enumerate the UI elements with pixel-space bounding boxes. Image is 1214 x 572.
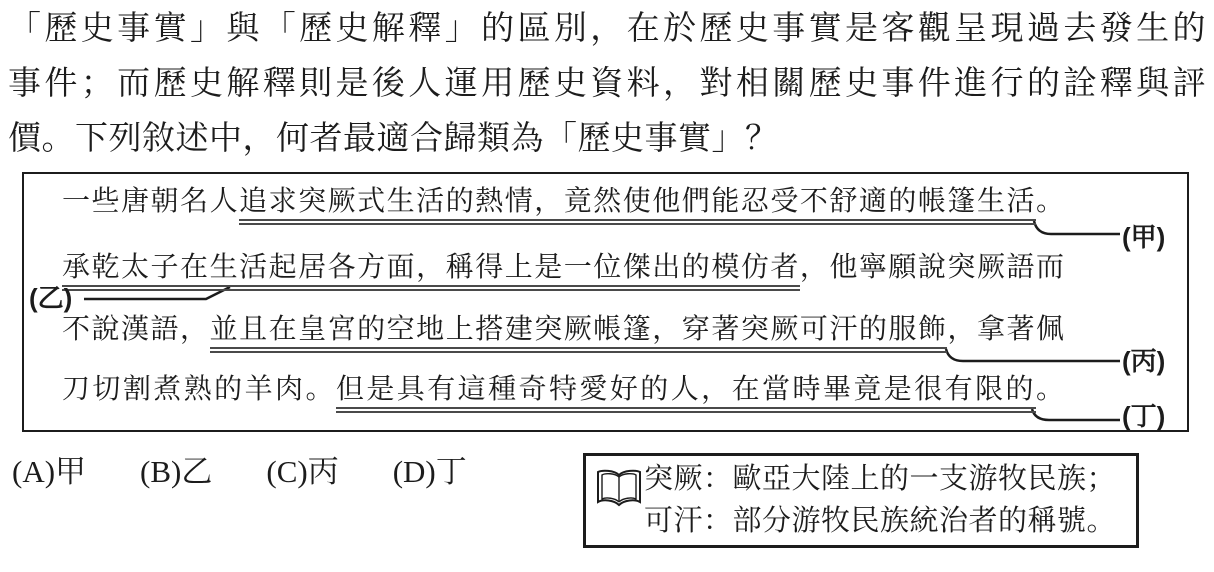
option-丙[interactable]: (C)丙 [266, 452, 338, 492]
segment-label-ding: (丁) [1122, 402, 1165, 430]
plain-segment: ，拿著佩 [947, 313, 1064, 344]
passage-line: 不說漢語，並且在皇宮的空地上搭建突厥帳篷，穿著突厥可汗的服飾，拿著佩 [62, 312, 1064, 346]
underlined-segment: 承乾太子在生活起居各方面，稱得上是一位傑出的模仿者 [62, 251, 800, 291]
stem-line: 事件；而歷史解釋則是後人運用歷史資料，對相關歷史事件進行的詮釋與評 [8, 57, 1206, 112]
glossary-text: 突厥：歐亞大陸上的一支游牧民族； 可汗：部分游牧民族統治者的稱號。 [644, 458, 1132, 542]
underlined-segment: 追求突厥式生活的熱情，竟然使他們能忍受不舒適的帳篷生活 [239, 185, 1036, 225]
plain-segment: ，他寧願說突厥語而 [800, 251, 1064, 282]
plain-segment: 不說漢語， [62, 313, 210, 344]
plain-segment: 。 [1036, 185, 1064, 216]
stem-line: 「歷史事實」與「歷史解釋」的區別，在於歷史事實是客觀呈現過去發生的 [8, 2, 1206, 57]
open-book-icon [596, 468, 642, 508]
question-stem: 「歷史事實」與「歷史解釋」的區別，在於歷史事實是客觀呈現過去發生的 事件；而歷史… [8, 2, 1206, 167]
glossary-line: 可汗：部分游牧民族統治者的稱號。 [644, 500, 1132, 542]
passage-line: 承乾太子在生活起居各方面，稱得上是一位傑出的模仿者，他寧願說突厥語而 [62, 250, 1064, 284]
underlined-segment: 但是具有這種奇特愛好的人，在當時畢竟是很有限的 [336, 373, 1036, 413]
plain-segment: 。 [1036, 373, 1064, 404]
answer-options: (A)甲(B)乙(C)丙(D)丁 [12, 452, 521, 492]
glossary-note-box: 突厥：歐亞大陸上的一支游牧民族； 可汗：部分游牧民族統治者的稱號。 [583, 453, 1139, 548]
option-乙[interactable]: (B)乙 [140, 452, 212, 492]
stem-line: 價。下列敘述中，何者最適合歸類為「歷史事實」？ [8, 112, 1206, 167]
passage-line: 一些唐朝名人追求突厥式生活的熱情，竟然使他們能忍受不舒適的帳篷生活。 [62, 184, 1064, 218]
exam-question-page: 「歷史事實」與「歷史解釋」的區別，在於歷史事實是客觀呈現過去發生的 事件；而歷史… [0, 0, 1214, 572]
glossary-line: 突厥：歐亞大陸上的一支游牧民族； [644, 458, 1132, 500]
plain-segment: 一些唐朝名人 [62, 185, 239, 216]
passage-line: 刀切割煮熟的羊肉。但是具有這種奇特愛好的人，在當時畢竟是很有限的。 [62, 372, 1064, 406]
option-丁[interactable]: (D)丁 [393, 452, 467, 492]
plain-segment: 刀切割煮熟的羊肉。 [62, 373, 336, 404]
passage-box: 一些唐朝名人追求突厥式生活的熱情，竟然使他們能忍受不舒適的帳篷生活。 承乾太子在… [22, 172, 1189, 432]
segment-label-yi: (乙) [29, 284, 72, 312]
segment-label-jia: (甲) [1122, 223, 1165, 251]
underlined-segment: 並且在皇宮的空地上搭建突厥帳篷，穿著突厥可汗的服飾 [210, 313, 948, 353]
option-甲[interactable]: (A)甲 [12, 452, 86, 492]
segment-label-bing: (丙) [1122, 347, 1165, 375]
